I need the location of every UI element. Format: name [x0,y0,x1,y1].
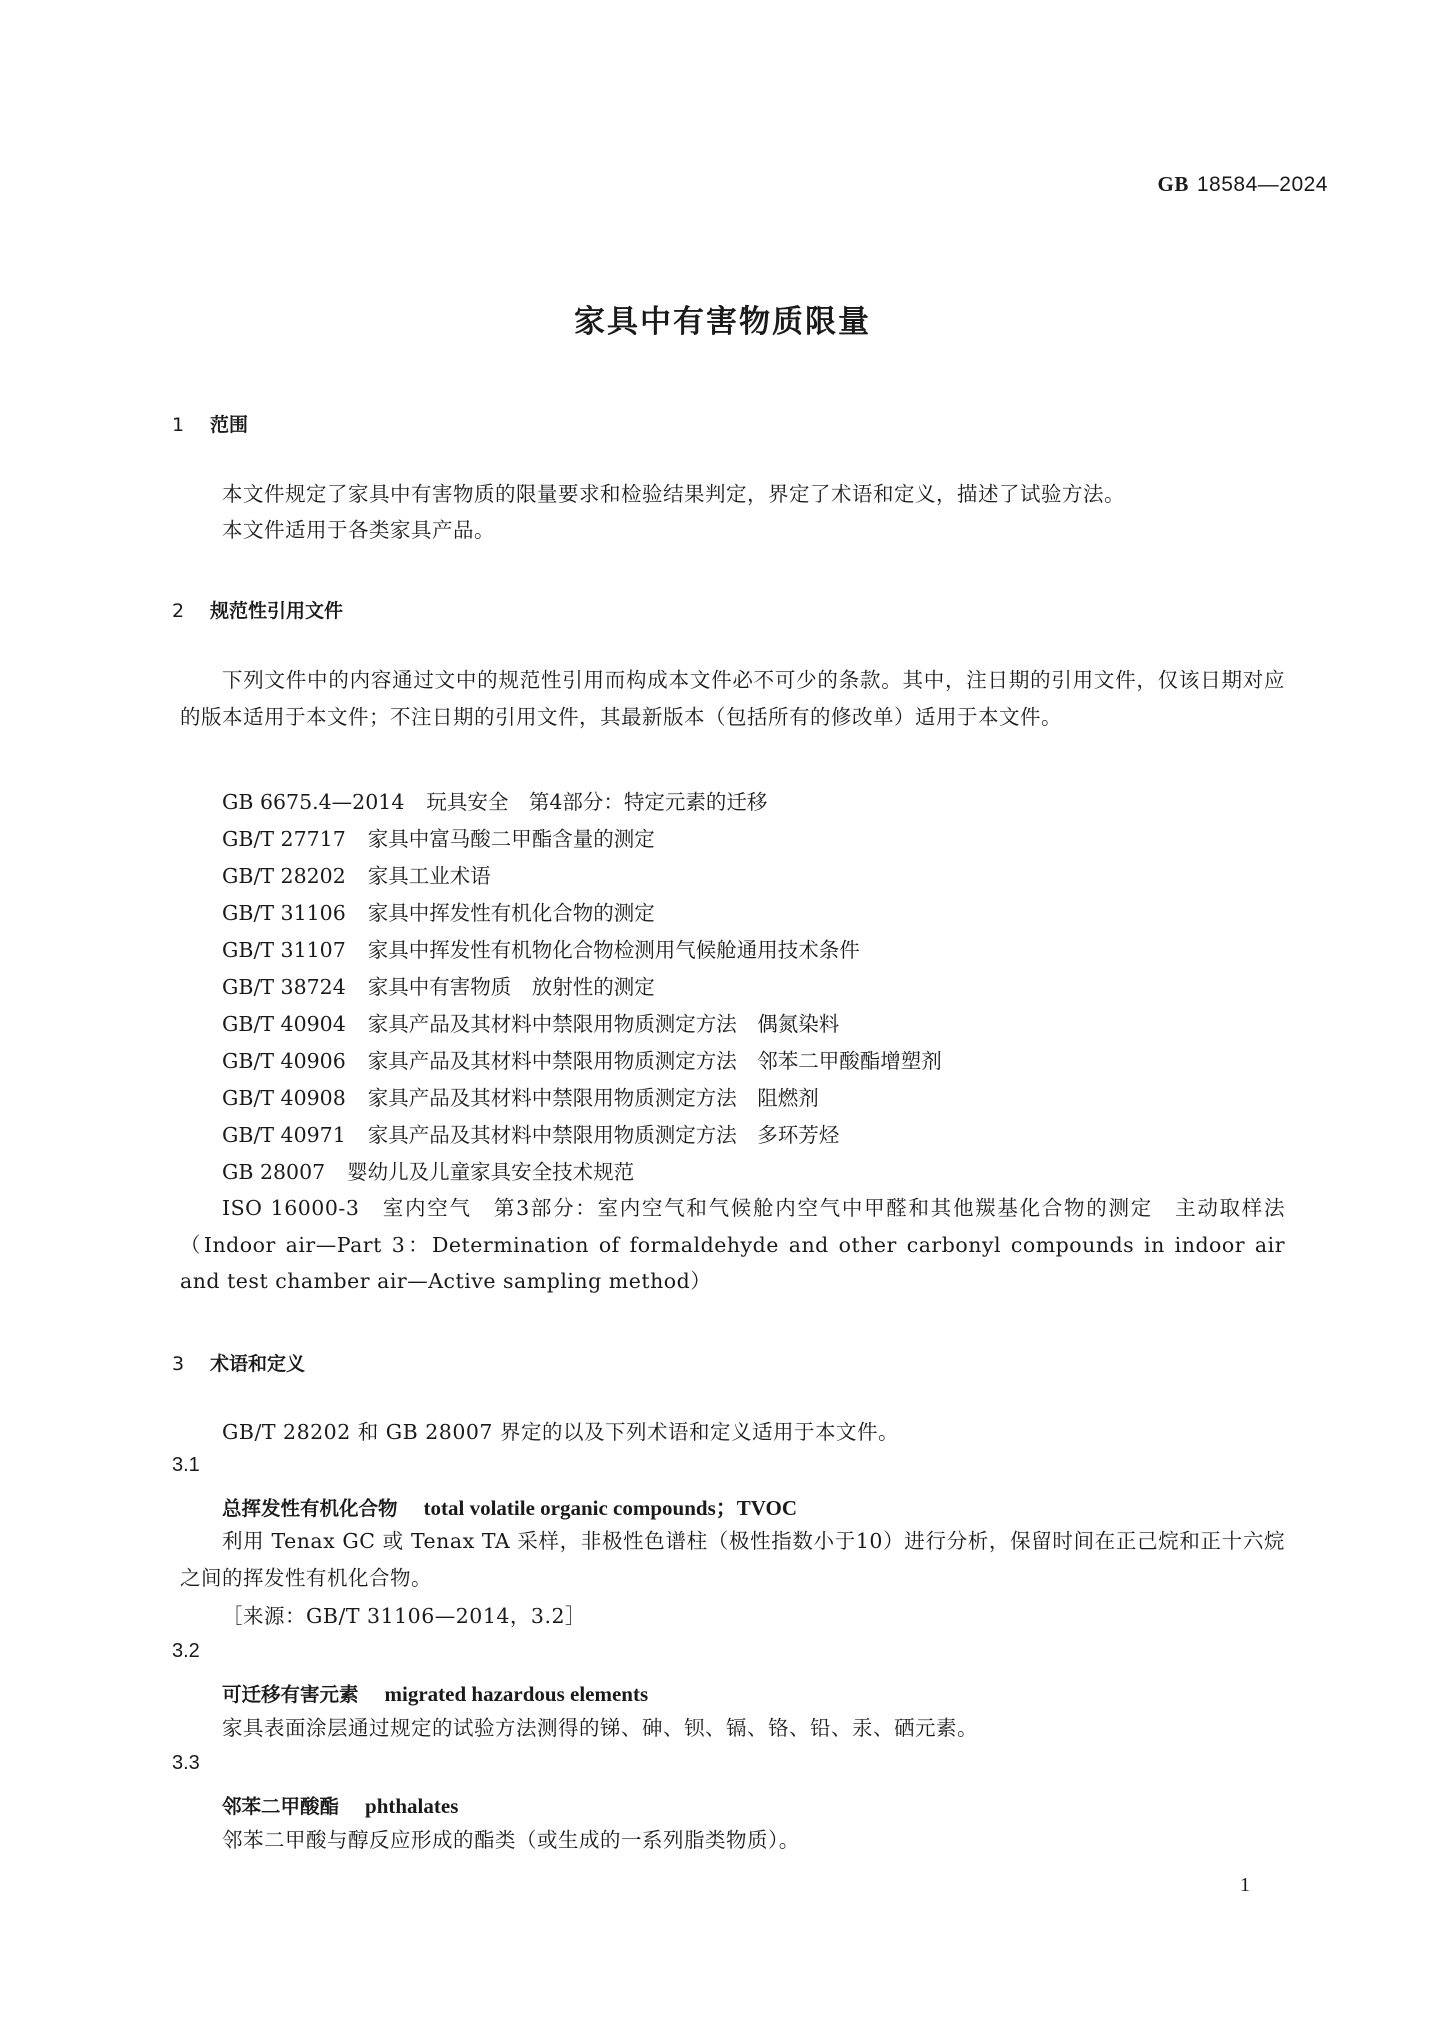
section-number: 1 [172,414,210,436]
term-zh: 可迁移有害元素 [222,1683,359,1706]
reference-item: GB 28007婴幼儿及儿童家具安全技术规范 [222,1155,634,1185]
reference-code: GB/T 40971 [222,1123,346,1147]
term-en: phthalates [365,1794,458,1818]
term-name: 邻苯二甲酸酯phthalates [222,1791,458,1819]
reference-code: GB/T 38724 [222,975,346,999]
section-title: 术语和定义 [210,1353,305,1375]
standard-prefix: GB [1158,172,1189,196]
reference-title: 家具中有害物质 放射性的测定 [368,975,655,999]
reference-item: GB/T 40971家具产品及其材料中禁限用物质测定方法 多环芳烃 [222,1118,839,1148]
page-number: 1 [1240,1874,1250,1897]
section-number: 2 [172,600,210,622]
term-name: 总挥发性有机化合物total volatile organic compound… [222,1492,797,1522]
reference-item: GB/T 40906家具产品及其材料中禁限用物质测定方法 邻苯二甲酸酯增塑剂 [222,1044,942,1074]
term-source: ［来源：GB/T 31106—2014，3.2］ [222,1598,586,1635]
reference-code: GB/T 40908 [222,1086,346,1110]
reference-item: GB/T 31107家具中挥发性有机物化合物检测用气候舱通用技术条件 [222,933,860,963]
reference-title: 家具产品及其材料中禁限用物质测定方法 多环芳烃 [368,1123,840,1147]
reference-code: GB/T 28202 [222,864,346,888]
reference-title: 玩具安全 第4部分：特定元素的迁移 [426,790,767,814]
term-definition: 家具表面涂层通过规定的试验方法测得的锑、砷、钡、镉、铬、铅、汞、硒元素。 [222,1710,978,1747]
reference-title: 婴幼儿及儿童家具安全技术规范 [347,1160,634,1184]
section-3-heading: 3术语和定义 [172,1349,305,1376]
reference-item: GB/T 27717家具中富马酸二甲酯含量的测定 [222,822,655,852]
reference-item: GB/T 38724家具中有害物质 放射性的测定 [222,970,655,1000]
section-number: 3 [172,1353,210,1375]
section-title: 规范性引用文件 [210,600,343,622]
reference-code: GB 6675.4—2014 [222,790,404,814]
reference-code: GB 28007 [222,1160,325,1184]
reference-title: 家具产品及其材料中禁限用物质测定方法 邻苯二甲酸酯增塑剂 [368,1049,942,1073]
reference-code: GB/T 31107 [222,938,346,962]
reference-title: 家具中富马酸二甲酯含量的测定 [368,827,655,851]
reference-title: 家具工业术语 [368,864,491,888]
term-zh: 总挥发性有机化合物 [222,1497,398,1520]
term-number: 3.3 [172,1752,200,1775]
scope-paragraph: 本文件规定了家具中有害物质的限量要求和检验结果判定，界定了术语和定义，描述了试验… [222,476,1125,513]
reference-item: GB/T 31106家具中挥发性有机化合物的测定 [222,896,655,926]
reference-item: GB 6675.4—2014玩具安全 第4部分：特定元素的迁移 [222,785,767,815]
section-2-heading: 2规范性引用文件 [172,596,343,623]
references-intro: 下列文件中的内容通过文中的规范性引用而构成本文件必不可少的条款。其中，注日期的引… [180,662,1285,735]
reference-title: 家具中挥发性有机化合物的测定 [368,901,655,925]
reference-item: GB/T 28202家具工业术语 [222,859,491,889]
term-number: 3.2 [172,1640,200,1663]
reference-code: GB/T 40906 [222,1049,346,1073]
iso-reference: ISO 16000-3 室内空气 第3部分：室内空气和气候舱内空气中甲醛和其他羰… [180,1190,1285,1300]
term-en: total volatile organic compounds；TVOC [424,1496,798,1520]
document-title: 家具中有害物质限量 [0,296,1445,341]
reference-code: GB/T 27717 [222,827,346,851]
term-name: 可迁移有害元素migrated hazardous elements [222,1679,648,1707]
term-definition: 邻苯二甲酸与醇反应形成的酯类（或生成的一系列脂类物质）。 [222,1822,800,1859]
term-definition: 利用 Tenax GC 或 Tenax TA 采样，非极性色谱柱（极性指数小于1… [180,1523,1285,1596]
reference-title: 家具中挥发性有机物化合物检测用气候舱通用技术条件 [368,938,860,962]
reference-code: GB/T 40904 [222,1012,346,1036]
standard-number: 18584—2024 [1197,173,1328,196]
terms-intro: GB/T 28202 和 GB 28007 界定的以及下列术语和定义适用于本文件… [222,1414,899,1451]
reference-title: 家具产品及其材料中禁限用物质测定方法 偶氮染料 [368,1012,840,1036]
term-en: migrated hazardous elements [385,1682,649,1706]
section-1-heading: 1范围 [172,410,248,437]
scope-paragraph: 本文件适用于各类家具产品。 [222,512,495,549]
reference-code: GB/T 31106 [222,901,346,925]
standard-code: GB18584—2024 [1158,172,1328,197]
reference-item: GB/T 40904家具产品及其材料中禁限用物质测定方法 偶氮染料 [222,1007,839,1037]
term-zh: 邻苯二甲酸酯 [222,1795,339,1818]
section-title: 范围 [210,414,248,436]
reference-item: GB/T 40908家具产品及其材料中禁限用物质测定方法 阻燃剂 [222,1081,819,1111]
term-number: 3.1 [172,1454,200,1477]
reference-title: 家具产品及其材料中禁限用物质测定方法 阻燃剂 [368,1086,819,1110]
